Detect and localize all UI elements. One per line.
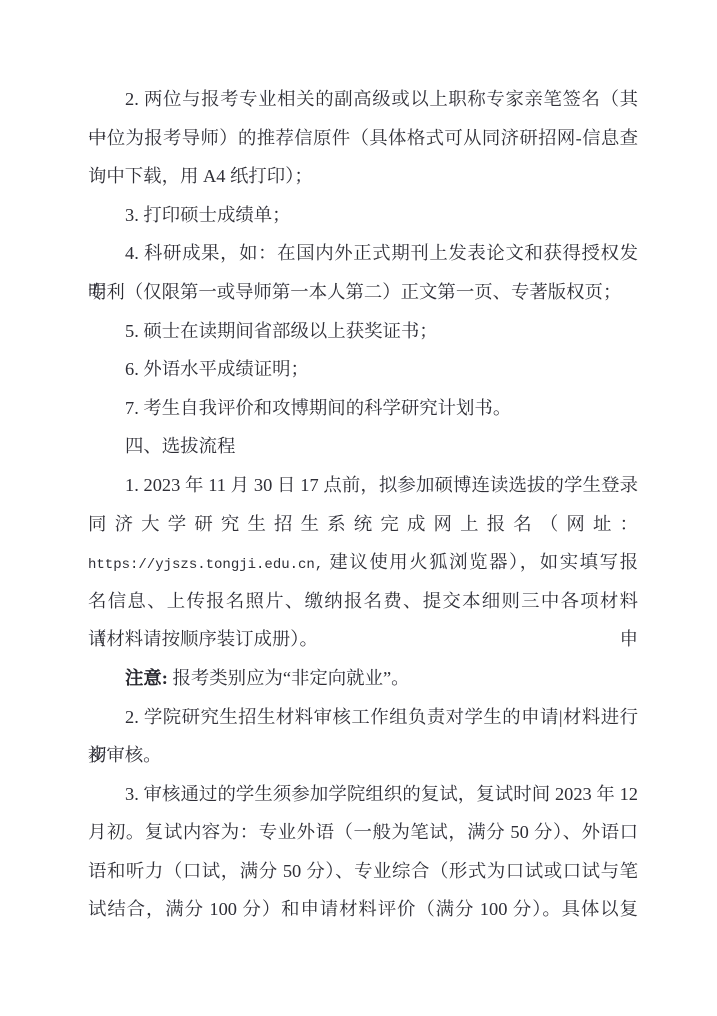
text-line: 7. 考生自我评价和攻博期间的科学研究计划书。 xyxy=(88,389,638,428)
step-1-online-registration: 1. 2023 年 11 月 30 日 17 点前，拟参加硕博连读选拔的学生登录… xyxy=(88,466,638,659)
text-line: 月初。复试内容为：专业外语（一般为笔试，满分 50 分）、外语口 xyxy=(88,813,638,852)
document-body: 2. 两位与报考专业相关的副高级或以上职称专家亲笔签名（其中一位为报考导师）的推… xyxy=(88,80,638,929)
text-line: 3. 打印硕士成绩单； xyxy=(88,196,638,235)
text-line: 6. 外语水平成绩证明； xyxy=(88,350,638,389)
text-line: 3. 审核通过的学生须参加学院组织的复试，复试时间 2023 年 12 xyxy=(88,775,638,814)
text-line: 四、选拔流程 xyxy=(88,427,638,466)
text-line: 5. 硕士在读期间省部级以上获奖证书； xyxy=(88,312,638,351)
text-line: 2. 两位与报考专业相关的副高级或以上职称专家亲笔签名（其中 xyxy=(88,80,638,119)
item-4-research-achievements: 4. 科研成果，如：在国内外正式期刊上发表论文和获得授权发明专利（仅限第一或导师… xyxy=(88,234,638,311)
text-line: 1. 2023 年 11 月 30 日 17 点前，拟参加硕博连读选拔的学生登录 xyxy=(88,466,638,505)
text-line: 询中下载，用 A4 纸打印）； xyxy=(88,157,638,196)
item-2-recommendation-letters: 2. 两位与报考专业相关的副高级或以上职称专家亲笔签名（其中一位为报考导师）的推… xyxy=(88,80,638,196)
text-line: 注意: 报考类别应为“非定向就业”。 xyxy=(88,659,638,698)
text-line: 2. 学院研究生招生材料审核工作组负责对学生的申请|材料进行初 xyxy=(88,698,638,737)
emphasis-text: 注意: xyxy=(125,668,168,688)
text-line: 步审核。 xyxy=(88,736,638,775)
url-text: https://yjszs.tongji.edu.cn, xyxy=(88,557,323,573)
text-line: 同济大学研究生招生系统完成网上报名（网址： xyxy=(88,505,638,544)
text-line: https://yjszs.tongji.edu.cn, 建议使用火狐浏览器），… xyxy=(88,543,638,582)
step-3-reexamination: 3. 审核通过的学生须参加学院组织的复试，复试时间 2023 年 12月初。复试… xyxy=(88,775,638,929)
text-line: 专利（仅限第一或导师第一本人第二）正文第一页、专著版权页； xyxy=(88,273,638,312)
text-line: 4. 科研成果，如：在国内外正式期刊上发表论文和获得授权发明 xyxy=(88,234,638,273)
item-3-master-transcript: 3. 打印硕士成绩单； xyxy=(88,196,638,235)
text-segment: 报考类别应为“非定向就业”。 xyxy=(168,668,410,688)
step-2-initial-material-review: 2. 学院研究生招生材料审核工作组负责对学生的申请|材料进行初步审核。 xyxy=(88,698,638,775)
item-6-foreign-language-certificate: 6. 外语水平成绩证明； xyxy=(88,350,638,389)
item-7-self-evaluation-research-plan: 7. 考生自我评价和攻博期间的科学研究计划书。 xyxy=(88,389,638,428)
note-registration-category: 注意: 报考类别应为“非定向就业”。 xyxy=(88,659,638,698)
text-line: 一位为报考导师）的推荐信原件（具体格式可从同济研招网-信息查 xyxy=(88,119,638,158)
text-line: 试结合，满分 100 分）和申请材料评价（满分 100 分）。具体以复 xyxy=(88,890,638,929)
document-page: 2. 两位与报考专业相关的副高级或以上职称专家亲笔签名（其中一位为报考导师）的推… xyxy=(0,0,717,1016)
text-line: 语和听力（口试，满分 50 分）、专业综合（形式为口试或口试与笔 xyxy=(88,852,638,891)
section-4-selection-process-heading: 四、选拔流程 xyxy=(88,427,638,466)
item-5-award-certificates: 5. 硕士在读期间省部级以上获奖证书； xyxy=(88,312,638,351)
text-segment: 建议使用火狐浏览器），如实填写报 xyxy=(323,552,638,572)
text-line: 名信息、上传报名照片、缴纳报名费、提交本细则三中各项材料（申 xyxy=(88,582,638,621)
